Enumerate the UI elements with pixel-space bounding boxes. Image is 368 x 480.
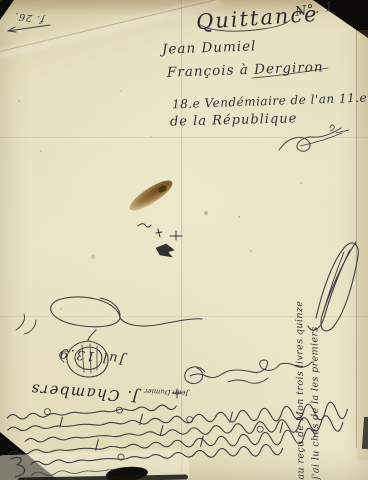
handwriting-text-layer: f. 26. Quittance N°. 1 Jean Dumiel Franç… [0,0,368,480]
date-line-1: 18.e Vendémiaire de l'an 11.e [172,91,368,112]
vertical-handwriting-block: au reçu de Mon trois livres quinze j'ai … [291,224,327,479]
reversed-name-small: Jean Dumier [144,387,189,397]
reversed-date-note: Jul 13.9 [57,345,125,367]
vertical-line-inner: j'ai lu chés de la les premiers [306,224,323,479]
date-line-2: de la République [170,111,298,129]
reversed-name-large: J. Chambers [30,380,140,406]
document-scan: f. 26. Quittance N°. 1 Jean Dumiel Franç… [0,0,368,480]
name-line-2: François à Dergiron [167,59,324,80]
name-line-1: Jean Dumiel [162,38,257,57]
folio-note: f. 26. [13,10,45,25]
